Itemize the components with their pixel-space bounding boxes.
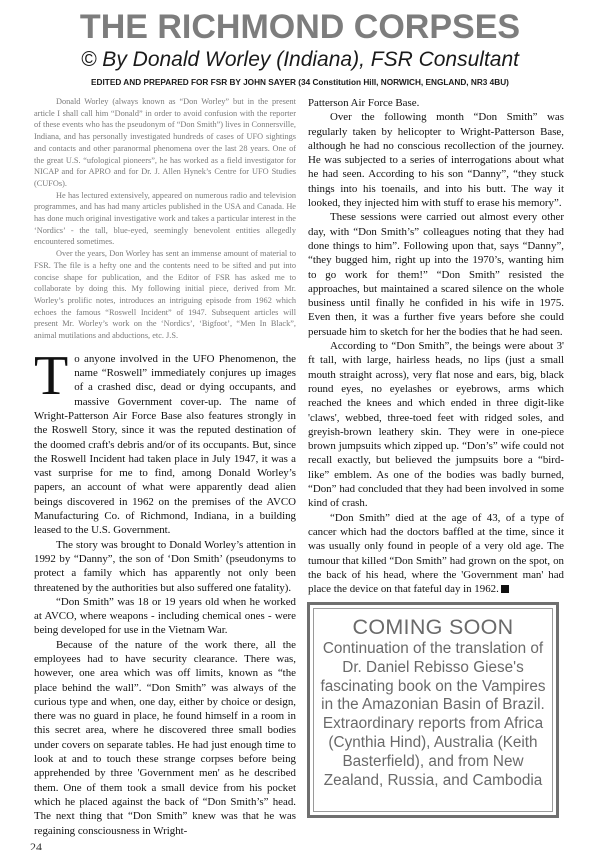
- editor-credit: EDITED AND PREPARED FOR FSR BY JOHN SAYE…: [12, 76, 588, 88]
- body-paragraph: The story was brought to Donald Worley’s…: [34, 538, 296, 595]
- body-paragraph: Over the following month “Don Smith” was…: [308, 110, 564, 210]
- article-body-right: Patterson Air Force Base. Over the follo…: [308, 96, 564, 596]
- end-of-article-icon: [501, 585, 509, 593]
- body-paragraph: These sessions were carried out almost e…: [308, 210, 564, 339]
- opening-paragraph-text: o anyone involved in the UFO Phenomenon,…: [34, 353, 296, 537]
- opening-paragraph: To anyone involved in the UFO Phenomenon…: [34, 352, 296, 538]
- intro-paragraph: Donald Worley (always known as “Don Worl…: [34, 96, 296, 190]
- continued-paragraph: Patterson Air Force Base.: [308, 96, 564, 110]
- left-column: Donald Worley (always known as “Don Worl…: [34, 96, 296, 838]
- body-paragraph: “Don Smith” was 18 or 19 years old when …: [34, 595, 296, 638]
- page-number: 24: [30, 840, 42, 850]
- coming-soon-text: Continuation of the translation of Dr. D…: [314, 640, 552, 790]
- drop-cap: T: [34, 354, 68, 396]
- coming-soon-title: COMING SOON: [314, 615, 552, 639]
- body-paragraph: Because of the nature of the work there,…: [34, 638, 296, 838]
- author-byline: © By Donald Worley (Indiana), FSR Consul…: [0, 48, 600, 72]
- intro-paragraph: Over the years, Don Worley has sent an i…: [34, 248, 296, 342]
- final-paragraph-text: “Don Smith” died at the age of 43, of a …: [308, 512, 564, 595]
- article-title: THE RICHMOND CORPSES: [0, 8, 600, 46]
- right-column: Patterson Air Force Base. Over the follo…: [308, 96, 564, 596]
- final-paragraph: “Don Smith” died at the age of 43, of a …: [308, 511, 564, 597]
- intro-section: Donald Worley (always known as “Don Worl…: [34, 96, 296, 342]
- coming-soon-box: COMING SOON Continuation of the translat…: [307, 602, 559, 818]
- intro-paragraph: He has lectured extensively, appeared on…: [34, 190, 296, 249]
- body-paragraph: According to “Don Smith”, the beings wer…: [308, 339, 564, 511]
- coming-soon-inner-frame: COMING SOON Continuation of the translat…: [313, 608, 553, 812]
- article-body-left: To anyone involved in the UFO Phenomenon…: [34, 352, 296, 838]
